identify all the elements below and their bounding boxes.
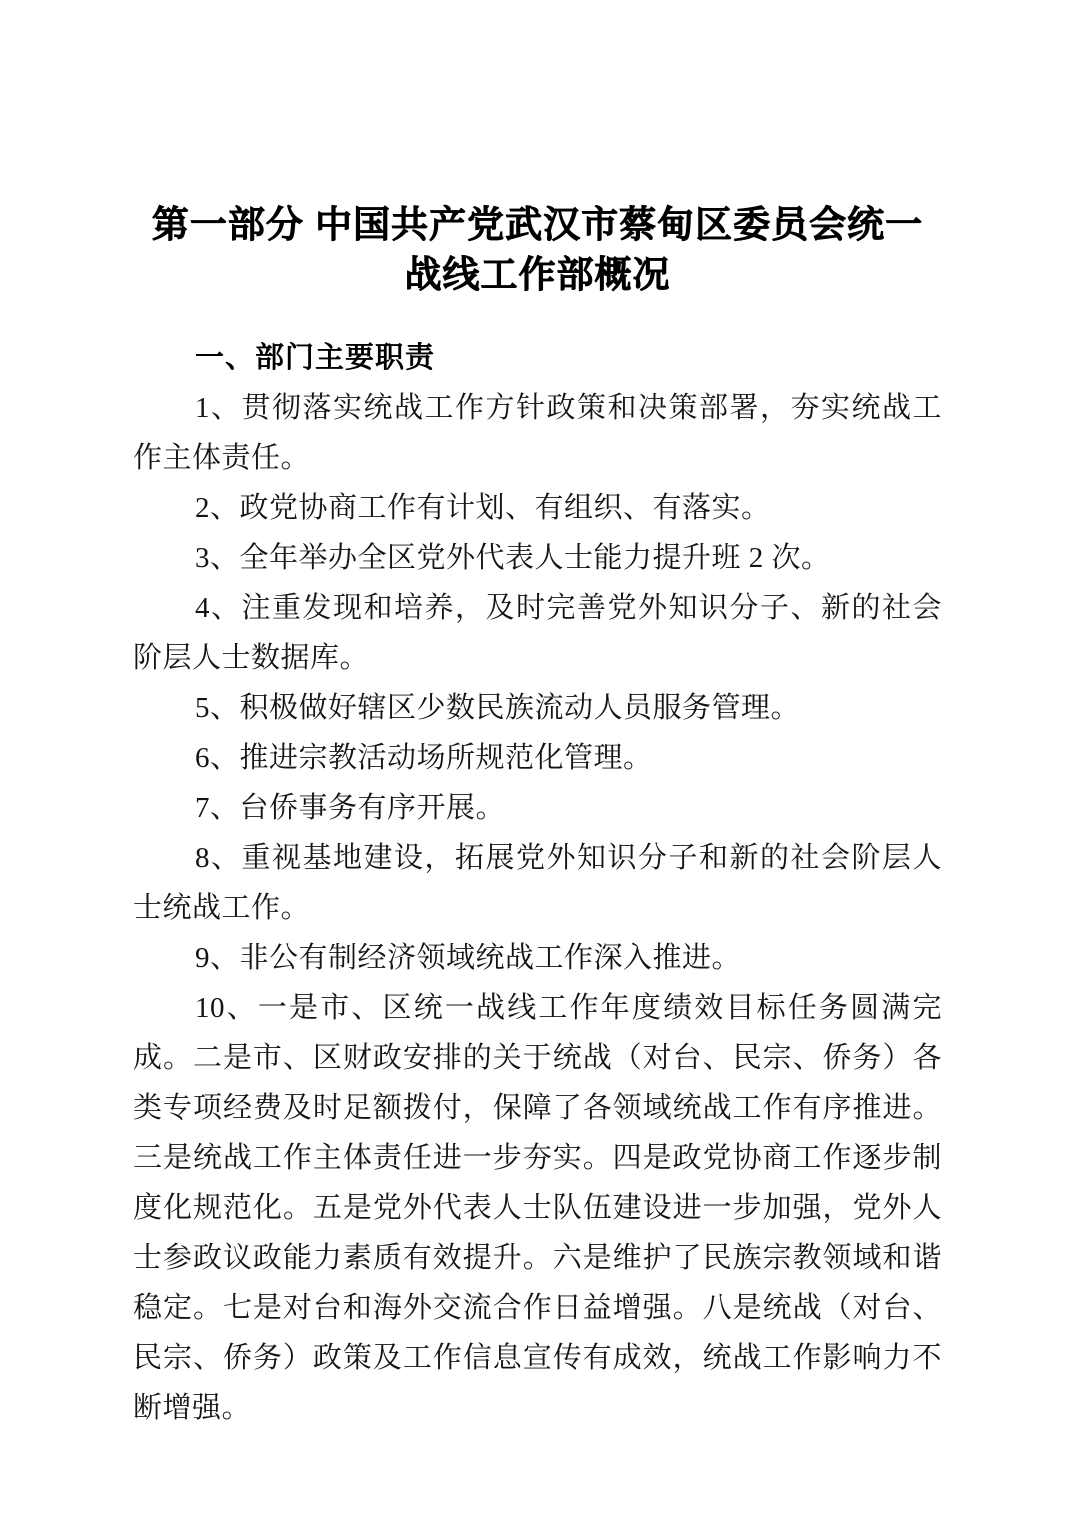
paragraph-3: 3、全年举办全区党外代表人士能力提升班 2 次。: [133, 533, 942, 583]
paragraph-list: 1、贯彻落实统战工作方针政策和决策部署，夯实统战工作主体责任。 2、政党协商工作…: [133, 383, 942, 1433]
paragraph-2: 2、政党协商工作有计划、有组织、有落实。: [133, 483, 942, 533]
section-heading: 一、部门主要职责: [133, 333, 942, 383]
paragraph-8: 8、重视基地建设，拓展党外知识分子和新的社会阶层人士统战工作。: [133, 833, 942, 933]
paragraph-9: 9、非公有制经济领域统战工作深入推进。: [133, 933, 942, 983]
paragraph-1: 1、贯彻落实统战工作方针政策和决策部署，夯实统战工作主体责任。: [133, 383, 942, 483]
paragraph-6: 6、推进宗教活动场所规范化管理。: [133, 733, 942, 783]
paragraph-10: 10、一是市、区统一战线工作年度绩效目标任务圆满完成。二是市、区财政安排的关于统…: [133, 983, 942, 1433]
paragraph-5: 5、积极做好辖区少数民族流动人员服务管理。: [133, 683, 942, 733]
document-page: 第一部分 中国共产党武汉市蔡甸区委员会统一战线工作部概况 一、部门主要职责 1、…: [0, 0, 1074, 1520]
paragraph-4: 4、注重发现和培养，及时完善党外知识分子、新的社会阶层人士数据库。: [133, 583, 942, 683]
document-title: 第一部分 中国共产党武汉市蔡甸区委员会统一战线工作部概况: [133, 200, 942, 300]
paragraph-7: 7、台侨事务有序开展。: [133, 783, 942, 833]
